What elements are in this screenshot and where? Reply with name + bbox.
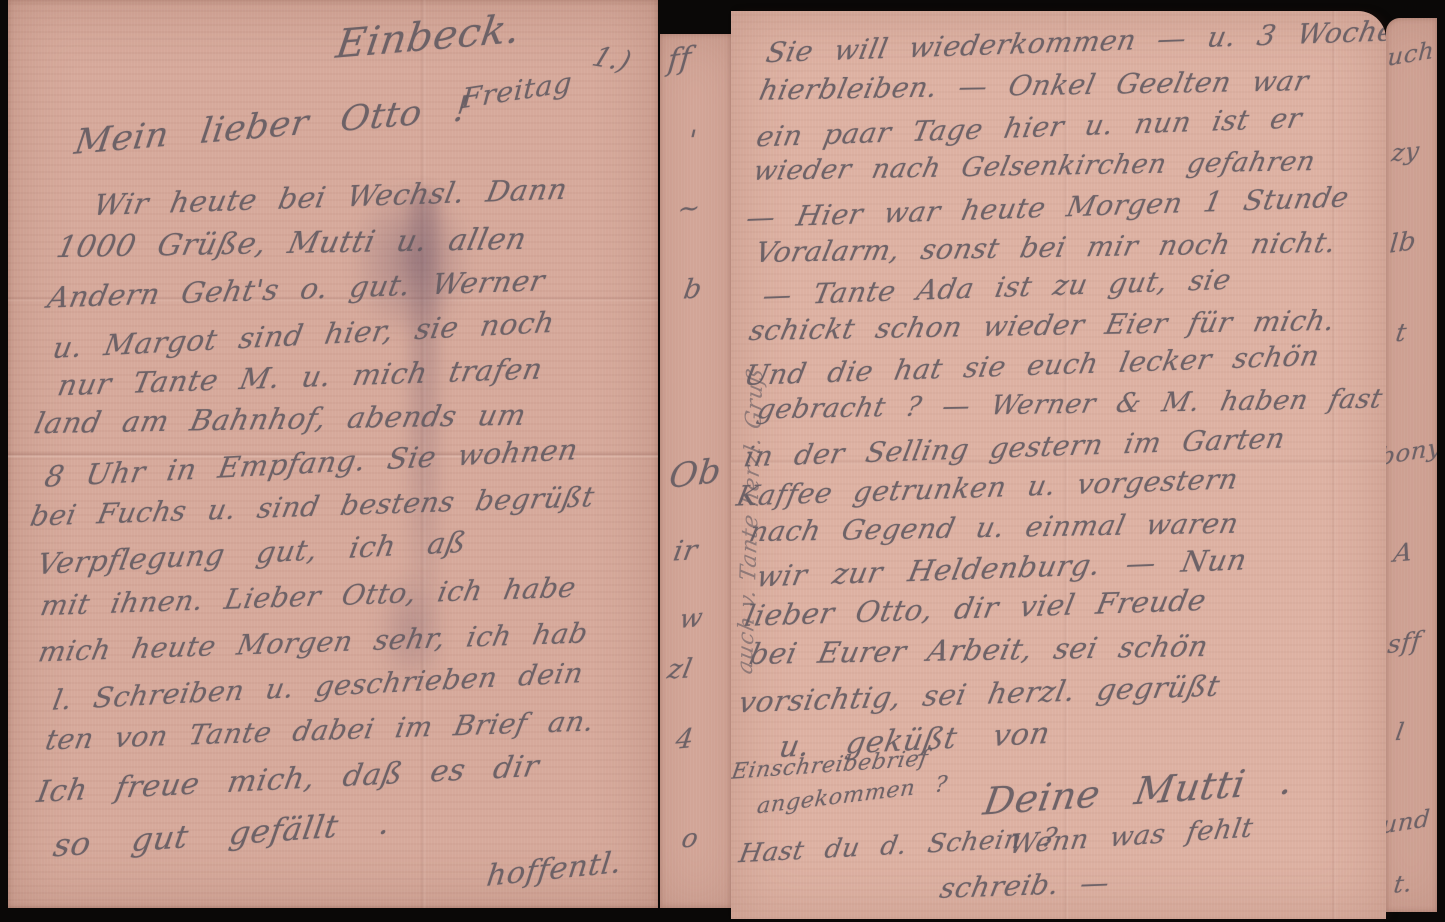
handwriting-line: wieder nach Gelsenkirchen gefahren: [751, 146, 1319, 187]
handwriting-line: Wir heute bei Wechsl. Dann: [91, 172, 571, 222]
handwriting-line: nach Gegend u. einmal waren: [747, 507, 1242, 548]
handwriting-line: gebracht ? — Werner & M. haben fast: [754, 384, 1385, 426]
handwriting-fragment: Ob: [667, 451, 723, 497]
handwriting-line: Andern Geht's o. gut. Werner: [45, 263, 548, 314]
handwriting-fragment: t.: [1392, 869, 1415, 898]
handwriting-word: hoffentl.: [485, 845, 624, 894]
folded-sheet-edge-right: uch zy lb t bony A sff l und t.: [1386, 18, 1437, 912]
handwriting-line: Sie will wiederkommen — u. 3 Wochen: [763, 14, 1386, 69]
handwriting-line: 1000 Grüße, Mutti u. allen: [53, 222, 529, 265]
handwriting-line: ein paar Tage hier u. nun ist er: [754, 102, 1305, 154]
handwriting-line: so gut gefällt .: [51, 803, 394, 864]
handwriting-fragment: sff: [1386, 626, 1422, 659]
handwriting-fragment: w: [678, 603, 705, 635]
letter-page-left: Einbeck. Freitag 1.) Mein lieber Otto ! …: [8, 0, 658, 908]
handwriting-fragment: l: [1394, 718, 1407, 747]
page-number: 1.): [588, 41, 636, 78]
handwriting-line: Ich freue mich, daß es dir: [34, 749, 542, 810]
handwriting-line: Voralarm, sonst bei mir noch nicht.: [752, 226, 1339, 269]
handwriting-line: Und die hat sie euch lecker schön: [742, 339, 1323, 392]
handwriting-line: hierbleiben. — Onkel Geelten war: [756, 64, 1311, 107]
handwriting-fragment: o: [679, 824, 701, 855]
folded-sheet-edge-middle: ff ' ~ b Ob ir w zl 4 o: [660, 34, 733, 908]
fold-crease: [1331, 11, 1337, 919]
handwriting-fragment: ir: [671, 533, 700, 567]
handwriting-fragment: ~: [676, 193, 702, 225]
handwriting-fragment: uch: [1387, 36, 1436, 72]
handwriting-fragment: bony: [1386, 433, 1437, 471]
handwriting-line: land am Bahnhof, abends um: [31, 398, 529, 441]
letter-scan: Einbeck. Freitag 1.) Mein lieber Otto ! …: [0, 0, 1445, 922]
handwriting-line: vorsichtig, sei herzl. gegrüßt: [736, 669, 1223, 720]
handwriting-fragment: 4: [674, 723, 696, 756]
handwriting-fragment: ff: [666, 41, 693, 79]
postscript-end: schreib. —: [937, 866, 1112, 905]
handwriting-fragment: lb: [1388, 226, 1417, 259]
salutation: Mein lieber Otto !: [72, 89, 472, 163]
letter-place: Einbeck.: [333, 6, 523, 68]
handwriting-line: — Tante Ada ist zu gut, sie: [760, 263, 1234, 312]
handwriting-fragment: t: [1394, 318, 1409, 348]
handwriting-fragment: zl: [665, 654, 695, 686]
handwriting-fragment: A: [1392, 537, 1415, 568]
handwriting-line: mit ihnen. Lieber Otto, ich habe: [38, 571, 579, 623]
handwriting-line: Verpflegung gut, ich aß: [35, 525, 469, 581]
handwriting-fragment: zy: [1390, 137, 1421, 168]
handwriting-fragment: ': [684, 124, 700, 157]
handwriting-fragment: b: [681, 273, 704, 305]
letter-page-right: auch v. Tante herzl. Gruß Sie will wiede…: [731, 11, 1386, 919]
handwriting-line: bei Eurer Arbeit, sei schön: [746, 629, 1211, 671]
letter-date: Freitag: [461, 66, 574, 115]
handwriting-fragment: und: [1386, 804, 1431, 839]
postscript-line: Wenn was fehlt: [1007, 813, 1256, 861]
